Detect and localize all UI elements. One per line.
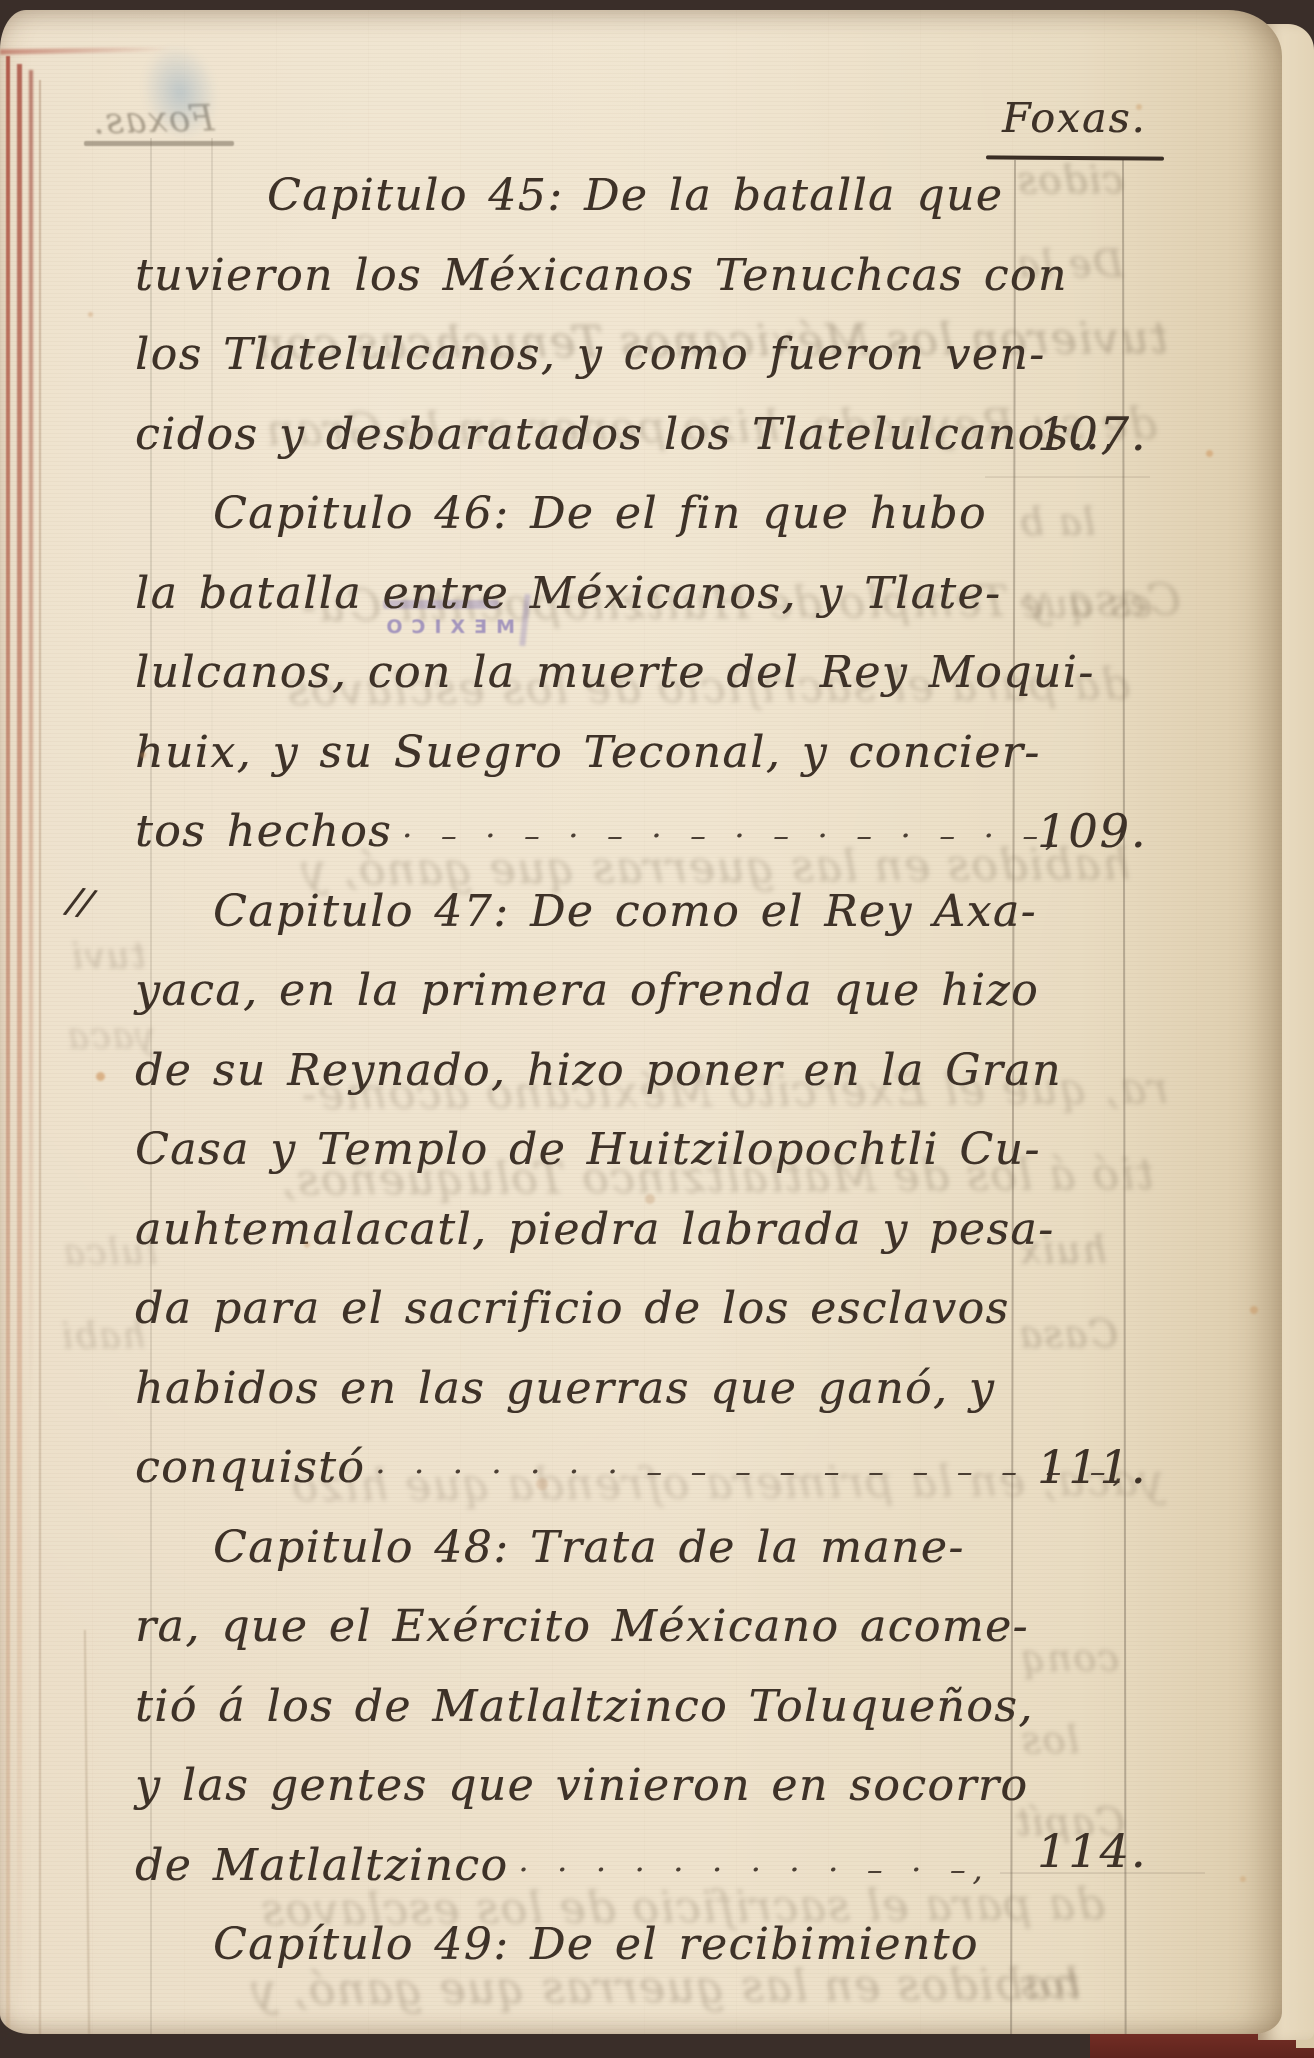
margin-slash-mark: //: [65, 880, 96, 925]
bleedthrough-artifact: habi: [60, 1316, 146, 1358]
toc-line-text: Capítulo 49: De el recibimiento: [213, 1919, 979, 1970]
toc-line: tos hechos· – · – · – · – · – · – · – · …: [135, 792, 1145, 872]
toc-line-text: Casa y Templo de Huitzilopochtli Cu-: [135, 1124, 1041, 1175]
toc-line-text: lulcanos, con la muerte del Rey Moqui-: [135, 647, 1095, 698]
folio-header: Foxas.: [1002, 94, 1147, 142]
toc-line-text: conquistó: [135, 1442, 365, 1493]
toc-line: huix, y su Suegro Teconal, y concier-: [135, 713, 1145, 793]
toc-line: Capitulo 46: De el fin que hubo: [135, 474, 1145, 554]
red-edge-stain: [6, 56, 10, 2034]
toc-line-text: habidos en las guerras que ganó, y: [135, 1363, 995, 1414]
toc-line: conquistó· · · · · · · – – – – – – – – –…: [135, 1428, 1145, 1508]
toc-line-text: da para el sacrificio de los esclavos: [135, 1283, 1010, 1334]
toc-line: Capitulo 48: Trata de la mane-: [135, 1508, 1145, 1588]
page-crease: [39, 80, 41, 2034]
dot-leader: · – · – · – · – · – · – · – · –,: [402, 818, 1062, 854]
toc-line-text: yaca, en la primera ofrenda que hizo: [135, 965, 1039, 1016]
toc-line-text: tuvieron los Méxicanos Tenuchcas con: [135, 250, 1068, 301]
toc-line: la batalla entre Méxicanos, y Tlate-: [135, 554, 1145, 634]
toc-line-text: y las gentes que vinieron en socorro: [135, 1760, 1028, 1811]
toc-lines: Capitulo 45: De la batalla quetuvieron l…: [135, 156, 1145, 1985]
dot-leader: · · · · · · · · · – · –,: [518, 1852, 989, 1888]
toc-line: habidos en las guerras que ganó, y: [135, 1349, 1145, 1429]
toc-line: Capitulo 47: De como el Rey Axa-: [135, 872, 1145, 952]
toc-line: tió á los de Matlaltzinco Toluqueños,: [135, 1667, 1145, 1747]
toc-line: ra, que el Exército Méxicano acome-: [135, 1587, 1145, 1667]
folio-number: 109.: [1037, 792, 1147, 872]
toc-line: tuvieron los Méxicanos Tenuchcas con: [135, 236, 1145, 316]
toc-line-text: Capitulo 46: De el fin que hubo: [213, 488, 987, 539]
folio-number: 107.: [1037, 395, 1147, 475]
toc-line: auhtemalacatl, piedra labrada y pesa-: [135, 1190, 1145, 1270]
toc-line-text: Capitulo 45: De la batalla que: [267, 170, 1003, 221]
toc-line: yaca, en la primera ofrenda que hizo: [135, 951, 1145, 1031]
toc-line-text: de Matlaltzinco: [135, 1840, 508, 1891]
foxing-spot: [1250, 1306, 1258, 1314]
toc-line-text: ra, que el Exército Méxicano acome-: [135, 1601, 1029, 1652]
toc-line-text: los Tlatelulcanos, y como fueron ven-: [135, 329, 1046, 380]
red-edge-stain: [29, 70, 33, 1410]
toc-line-text: tió á los de Matlaltzinco Toluqueños,: [135, 1681, 1034, 1732]
toc-line-text: Capitulo 47: De como el Rey Axa-: [213, 886, 1037, 937]
toc-line: de su Reynado, hizo poner en la Gran: [135, 1031, 1145, 1111]
toc-line: de Matlaltzinco· · · · · · · · · – · –,1…: [135, 1826, 1145, 1906]
toc-line: los Tlatelulcanos, y como fueron ven-: [135, 315, 1145, 395]
toc-line-text: auhtemalacatl, piedra labrada y pesa-: [135, 1204, 1055, 1255]
folio-number: 111.: [1037, 1428, 1147, 1508]
foxing-spot: [1206, 450, 1213, 457]
toc-line-text: la batalla entre Méxicanos, y Tlate-: [135, 568, 1001, 619]
foxing-spot: [96, 1072, 105, 1081]
manuscript-page: tuvieron los Méxicanos Tenuchcas conde s…: [0, 10, 1282, 2034]
toc-line: Casa y Templo de Huitzilopochtli Cu-: [135, 1110, 1145, 1190]
toc-line: Capitulo 45: De la batalla que: [135, 156, 1145, 236]
toc-line: lulcanos, con la muerte del Rey Moqui-: [135, 633, 1145, 713]
dot-leader: · · · · · · · – – – – – – – – – – –,: [375, 1454, 1129, 1490]
toc-line: y las gentes que vinieron en socorro: [135, 1746, 1145, 1826]
toc-line: da para el sacrificio de los esclavos: [135, 1269, 1145, 1349]
foxing-spot: [1240, 1876, 1246, 1882]
toc-line-text: de su Reynado, hizo poner en la Gran: [135, 1045, 1062, 1096]
toc-line-text: Capitulo 48: Trata de la mane-: [213, 1522, 965, 1573]
toc-line-text: tos hechos: [135, 806, 392, 857]
page-crease: [84, 1630, 90, 2034]
foxing-spot: [88, 312, 93, 317]
toc-line: cidos y desbaratados los Tlatelulcanos..…: [135, 395, 1145, 475]
folio-number: 114.: [1037, 1812, 1147, 1892]
toc-line-text: huix, y su Suegro Teconal, y concier-: [135, 727, 1041, 778]
toc-line-text: cidos y desbaratados los Tlatelulcanos..…: [135, 409, 1116, 460]
toc-line: Capítulo 49: De el recibimiento: [135, 1905, 1145, 1985]
red-edge-stain: [17, 64, 22, 2004]
